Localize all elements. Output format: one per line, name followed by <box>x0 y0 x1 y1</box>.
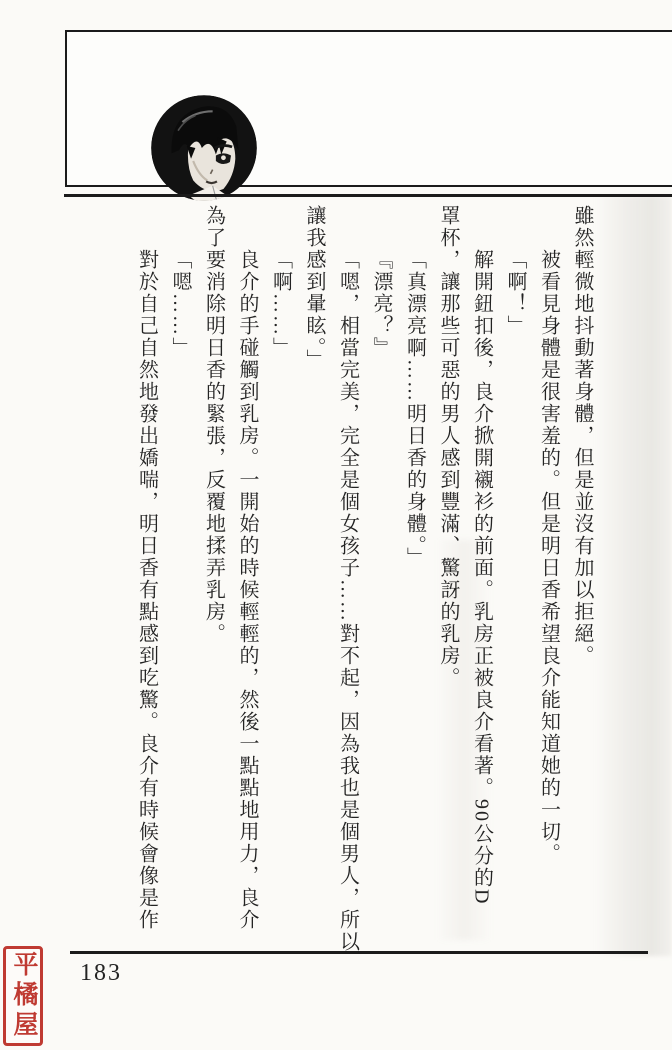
text-column: 對於自己自然地發出嬌喘，明日香有點感到吃驚。良介有時候會像是作 <box>129 205 163 947</box>
text-column: 為了要消除明日香的緊張，反覆地揉弄乳房。 <box>196 205 230 947</box>
text-column: 良介的手碰觸到乳房。一開始的時候輕輕的，然後一點點地用力，良介 <box>230 205 264 947</box>
text-column: 「啊……」 <box>263 205 297 947</box>
vertical-text-block: 雖然輕微地抖動著身體，但是並沒有加以拒絕。被看見身體是很害羞的。但是明日香希望良… <box>129 205 598 947</box>
girl-portrait-icon <box>150 94 258 202</box>
scan-shade-right <box>594 196 672 956</box>
page-number: 183 <box>80 960 122 987</box>
header-illustration-box <box>65 30 672 187</box>
text-column: 被看見身體是很害羞的。但是明日香希望良介能知道她的一切。 <box>531 205 565 947</box>
footer-rule <box>70 951 648 954</box>
text-column: 「啊！」 <box>498 205 532 947</box>
text-column: 「真漂亮啊……明日香的身體。」 <box>397 205 431 947</box>
text-column: 『漂亮？』 <box>364 205 398 947</box>
text-column: 「嗯，相當完美，完全是個女孩子……對不起，因為我也是個男人，所以 <box>330 205 364 947</box>
publisher-seal: 平橘屋 <box>3 946 43 1046</box>
text-column: 雖然輕微地抖動著身體，但是並沒有加以拒絕。 <box>565 205 599 947</box>
text-column: 罩杯，讓那些可惡的男人感到豐滿、驚訝的乳房。 <box>431 205 465 947</box>
publisher-seal-text: 平橘屋 <box>5 951 41 1041</box>
header-box-underline <box>64 194 672 197</box>
text-column: 解開鈕扣後，良介掀開襯衫的前面。乳房正被良介看著。90公分的D <box>464 205 498 947</box>
text-column: 「嗯……」 <box>163 205 197 947</box>
text-column: 讓我感到暈眩。」 <box>297 205 331 947</box>
book-page: 雖然輕微地抖動著身體，但是並沒有加以拒絕。被看見身體是很害羞的。但是明日香希望良… <box>0 0 672 1050</box>
